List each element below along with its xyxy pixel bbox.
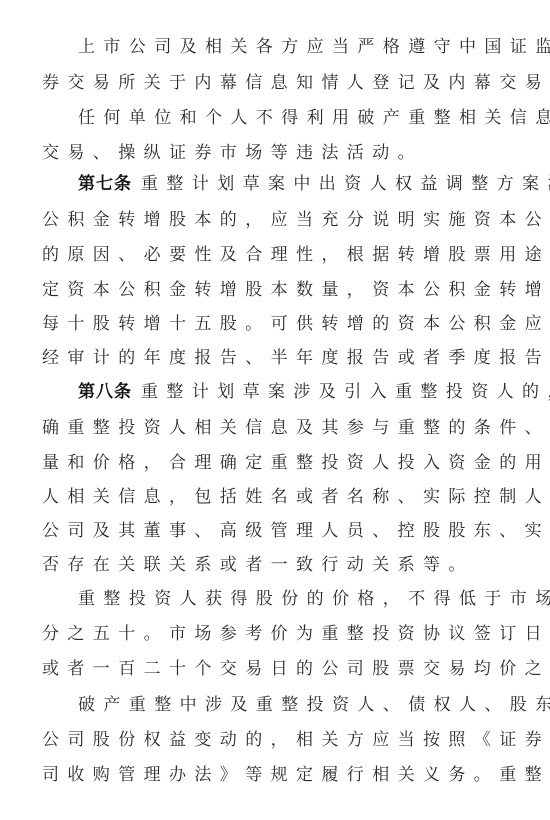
article-8-line-1: 第八条重整计划草案涉及引入重整投资人的，应当明 bbox=[78, 377, 550, 407]
document-page: 上市公司及相关各方应当严格遵守中国证监会以及证 券交易所关于内幕信息知情人登记及… bbox=[0, 0, 550, 820]
paragraph-1-line-2: 券交易所关于内幕信息知情人登记及内幕交易防控的要求。 bbox=[42, 68, 550, 98]
equity-paragraph-line-1: 破产重整中涉及重整投资人、债权人、股东等持有上市 bbox=[78, 690, 550, 720]
article-7-heading: 第七条 bbox=[78, 174, 132, 194]
article-8-line-6: 否存在关联关系或者一致行动关系等。 bbox=[42, 550, 474, 580]
article-8-line-2: 确重整投资人相关信息及其参与重整的条件、获得的股份数 bbox=[42, 413, 550, 443]
article-7-line-2: 公积金转增股本的，应当充分说明实施资本公积金转增股本 bbox=[42, 205, 550, 235]
article-7-line-5: 每十股转增十五股。可供转增的资本公积金应当以最近一期 bbox=[42, 309, 550, 339]
article-7-line-1: 第七条重整计划草案中出资人权益调整方案涉及资本 bbox=[78, 169, 550, 199]
article-8-line-5: 公司及其董事、高级管理人员、控股股东、实际控制人等是 bbox=[42, 516, 550, 546]
price-paragraph-line-1: 重整投资人获得股份的价格，不得低于市场参考价的百 bbox=[78, 584, 550, 614]
equity-paragraph-line-2: 公司股份权益变动的，相关方应当按照《证券法》《上市公 bbox=[42, 725, 550, 755]
paragraph-2-line-2: 交易、操纵证券市场等违法活动。 bbox=[42, 138, 423, 168]
article-7-line-4: 定资本公积金转增股本数量，资本公积金转增比例不得超过 bbox=[42, 275, 550, 305]
article-8-heading: 第八条 bbox=[78, 382, 132, 402]
article-8-line-3: 量和价格，合理确定重整投资人投入资金的用途。重整投资 bbox=[42, 448, 550, 478]
article-8-line-4: 人相关信息，包括姓名或者名称、实际控制人情况、与上市 bbox=[42, 482, 550, 512]
price-paragraph-line-3: 或者一百二十个交易日的公司股票交易均价之一。 bbox=[42, 654, 550, 684]
article-7-line-3: 的原因、必要性及合理性，根据转增股票用途及目的审慎确 bbox=[42, 240, 550, 270]
paragraph-2-line-1: 任何单位和个人不得利用破产重整相关信息从事内幕 bbox=[78, 103, 550, 133]
price-paragraph-line-2: 分之五十。市场参考价为重整投资协议签订日前二十、六十 bbox=[42, 619, 550, 649]
article-7-line-6: 经审计的年度报告、半年度报告或者季度报告为准。 bbox=[42, 343, 550, 373]
article-7-text: 重整计划草案中出资人权益调整方案涉及资本 bbox=[141, 174, 550, 194]
paragraph-1-line-1: 上市公司及相关各方应当严格遵守中国证监会以及证 bbox=[78, 32, 550, 62]
equity-paragraph-line-3: 司收购管理办法》等规定履行相关义务。重整投资人应当披 bbox=[42, 760, 550, 790]
article-8-text: 重整计划草案涉及引入重整投资人的，应当明 bbox=[141, 382, 550, 402]
